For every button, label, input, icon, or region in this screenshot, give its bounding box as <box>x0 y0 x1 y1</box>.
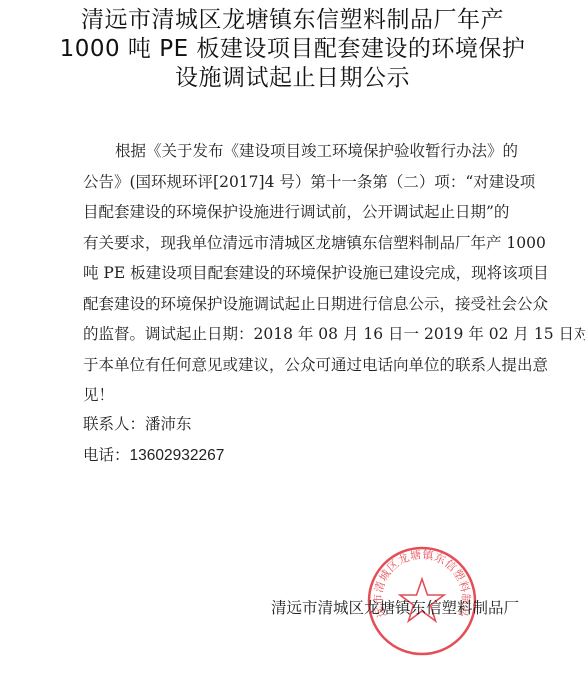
title-line-1: 清远市清城区龙塘镇东信塑料制品厂年产 <box>0 6 585 35</box>
contact-phone: 电话：13602932267 <box>83 443 224 465</box>
title-line-3: 设施调试起止日期公示 <box>0 64 585 93</box>
title-line-2: 1000 吨 PE 板建设项目配套建设的环境保护 <box>0 35 585 64</box>
announcement-body: 根据《关于发布《建设项目竣工环境保护验收暂行办法》的 公告》(国环规环评[201… <box>83 136 495 411</box>
contact-phone-number: 13602932267 <box>130 447 225 464</box>
body-line-2: 公告》(国环规环评[2017]4 号）第十一条第（二）项：“对建设项 <box>83 167 495 198</box>
body-line-9: 见！ <box>83 380 495 411</box>
body-line-5: 吨 PE 板建设项目配套建设的环境保护设施已建设完成，现将该项目 <box>83 258 495 289</box>
contact-phone-label: 电话： <box>83 446 130 464</box>
document-title: 清远市清城区龙塘镇东信塑料制品厂年产 1000 吨 PE 板建设项目配套建设的环… <box>0 6 585 93</box>
body-line-6: 配套建设的环境保护设施调试起止日期进行信息公示，接受社会公众 <box>83 289 495 320</box>
body-line-1: 根据《关于发布《建设项目竣工环境保护验收暂行办法》的 <box>83 136 495 167</box>
body-line-4: 有关要求，现我单位清远市清城区龙塘镇东信塑料制品厂年产 1000 <box>83 228 495 259</box>
contact-person-label: 联系人： <box>83 415 145 433</box>
contact-person-name: 潘沛东 <box>145 415 192 433</box>
contact-person: 联系人：潘沛东 <box>83 412 192 434</box>
body-line-3: 目配套建设的环境保护设施进行调试前，公开调试起止日期”的 <box>83 197 495 228</box>
body-line-8: 于本单位有任何意见或建议，公众可通过电话向单位的联系人提出意 <box>83 350 495 381</box>
body-line-7: 的监督。调试起止日期：2018 年 08 月 16 日一 2019 年 02 月… <box>83 319 495 350</box>
company-signature: 清远市清城区龙塘镇东信塑料制品厂 <box>271 596 519 618</box>
